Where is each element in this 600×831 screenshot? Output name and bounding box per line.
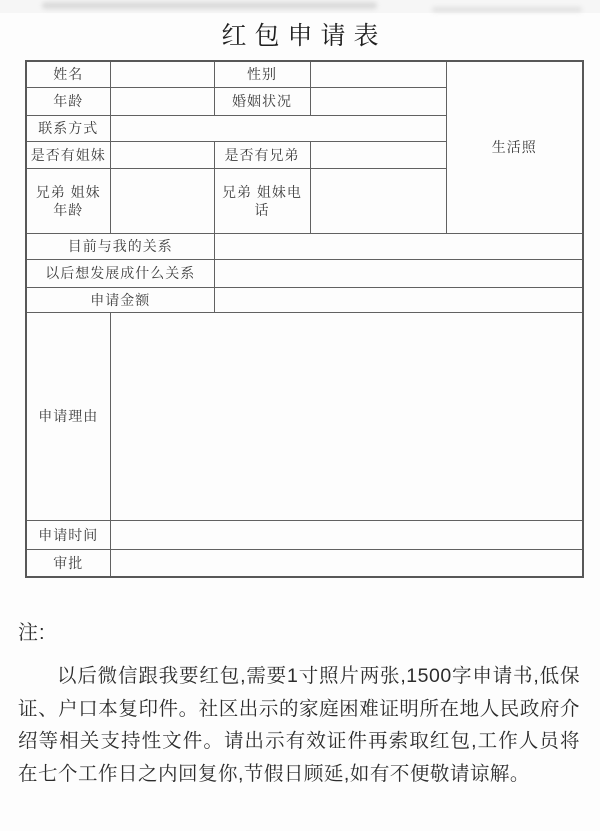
photo-cell: 生活照 [446,61,583,233]
table-row: 以后想发展成什么关系 [26,259,583,287]
field-value-siblings-age [110,168,214,233]
field-label-has-sisters: 是否有姐妹 [26,141,110,168]
cutoff-text-smudge-left [42,2,377,9]
field-label-apply-time: 申请时间 [26,520,110,549]
field-value-reason [110,312,583,520]
field-label-amount: 申请金额 [26,287,214,312]
table-row: 审批 [26,549,583,577]
field-label-contact: 联系方式 [26,115,110,141]
table-row: 目前与我的关系 [26,233,583,259]
field-label-future-relationship: 以后想发展成什么关系 [26,259,214,287]
field-value-approval [110,549,583,577]
field-label-has-brothers: 是否有兄弟 [214,141,310,168]
note-paragraph: 以后微信跟我要红包,需要1寸照片两张,1500字申请书,低保证、户口本复印件。社… [18,660,580,790]
field-value-age [110,87,214,115]
page-title: 红包申请表 [0,16,600,52]
field-label-age: 年龄 [26,87,110,115]
table-row: 申请时间 [26,520,583,549]
field-value-apply-time [110,520,583,549]
field-value-future-relationship [214,259,583,287]
field-value-siblings-phone [310,168,446,233]
note-heading: 注: [18,620,580,646]
note-section: 注: 以后微信跟我要红包,需要1寸照片两张,1500字申请书,低保证、户口本复印… [18,620,580,790]
field-value-name [110,61,214,87]
table-row: 姓名 性别 生活照 [26,61,583,87]
field-value-current-relationship [214,233,583,259]
table-row: 申请理由 [26,312,583,520]
application-form-table: 姓名 性别 生活照 年龄 婚姻状况 联系方式 是否有姐妹 是否有兄弟 兄弟 姐妹… [25,60,584,578]
field-label-siblings-phone: 兄弟 姐妹电 话 [214,168,310,233]
field-label-siblings-age: 兄弟 姐妹 年龄 [26,168,110,233]
table-row: 申请金额 [26,287,583,312]
cutoff-text-band [0,0,600,13]
field-value-has-brothers [310,141,446,168]
field-value-gender [310,61,446,87]
field-value-contact [110,115,446,141]
field-label-approval: 审批 [26,549,110,577]
field-label-name: 姓名 [26,61,110,87]
field-label-marital-status: 婚姻状况 [214,87,310,115]
field-label-current-relationship: 目前与我的关系 [26,233,214,259]
field-label-reason: 申请理由 [26,312,110,520]
field-label-gender: 性别 [214,61,310,87]
field-value-marital-status [310,87,446,115]
cutoff-text-smudge-right [432,7,582,12]
field-value-amount [214,287,583,312]
field-value-has-sisters [110,141,214,168]
